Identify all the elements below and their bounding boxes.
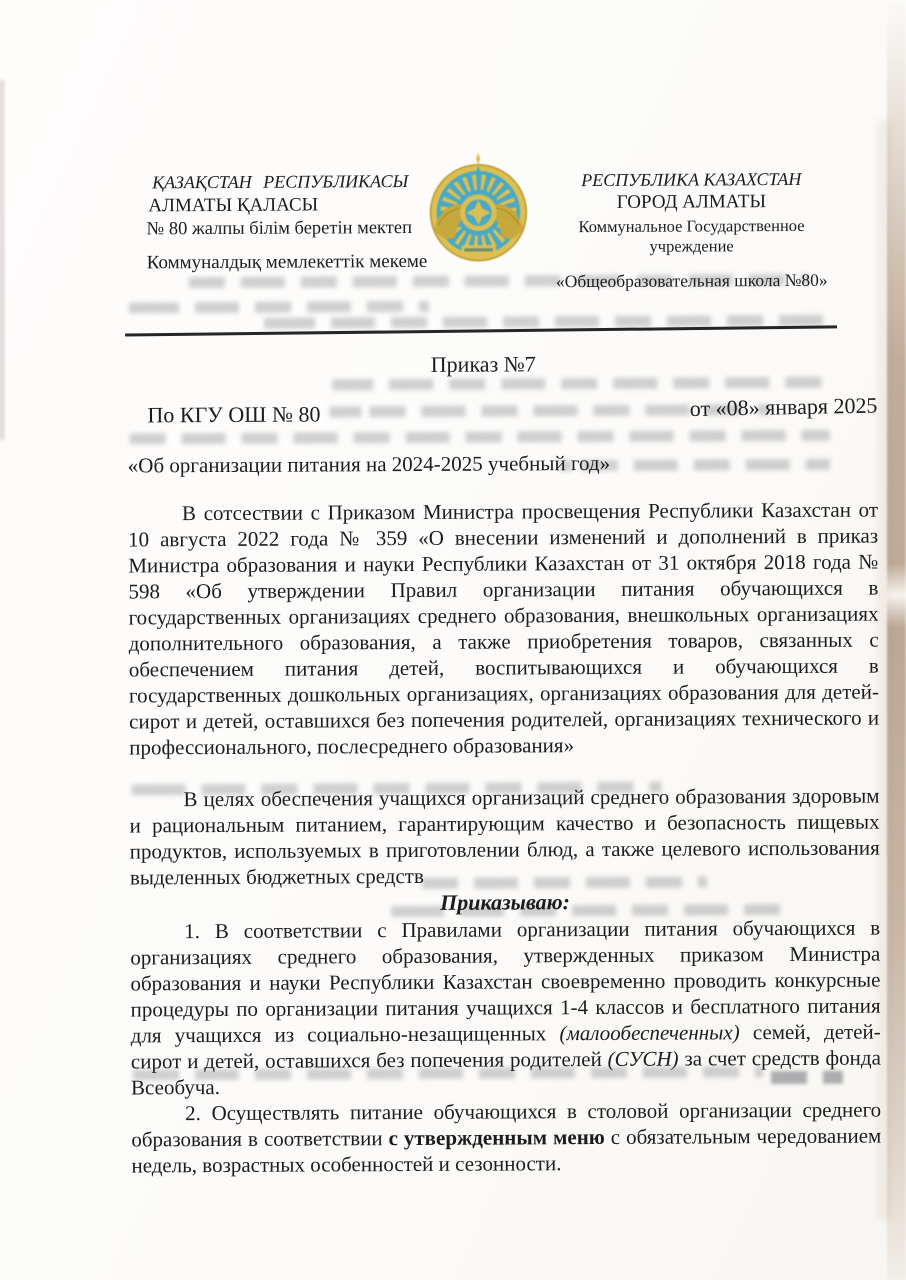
letterhead-kz-org-type: Коммуналдық мемлекеттік мекеме xyxy=(147,251,457,275)
item1-italic-abbr: (СУСН) xyxy=(608,1047,679,1071)
letterhead-ru-city: ГОРОД АЛМАТЫ xyxy=(548,191,834,214)
document-content: ҚАЗАҚСТАН РЕСПУБЛИКАСЫ АЛМАТЫ ҚАЛАСЫ № 8… xyxy=(0,0,906,1280)
order-issuer: По КГУ ОШ № 80 xyxy=(147,401,320,428)
letterhead-kz-country: ҚАЗАҚСТАН РЕСПУБЛИКАСЫ xyxy=(152,171,456,194)
order-date: от «08» января 2025 xyxy=(579,393,877,424)
order-item-2: 2. Осуществлять питание обучающихся в ст… xyxy=(131,1097,881,1179)
directive-heading: Приказываю: xyxy=(130,888,880,918)
order-subject: «Об организации питания на 2024-2025 уче… xyxy=(128,451,610,479)
letterhead-kz-city: АЛМАТЫ ҚАЛАСЫ xyxy=(148,194,456,218)
letterhead-ru-org-type: Коммунальное Государственное учреждение xyxy=(548,216,834,257)
item1-italic-note: (малообеспеченных) xyxy=(559,1020,739,1045)
scanned-order-page: ҚАЗАҚСТАН РЕСПУБЛИКАСЫ АЛМАТЫ ҚАЛАСЫ № 8… xyxy=(0,0,906,1280)
bleed-through-line xyxy=(329,377,834,391)
paragraph-legal-basis: В сотсествии с Приказом Министра просвещ… xyxy=(128,497,879,761)
letterhead-kz-school: № 80 жалпы білім беретін мектеп xyxy=(146,218,456,241)
item2-bold-phrase: с утвержденным меню xyxy=(388,1125,604,1150)
order-body: В сотсествии с Приказом Министра просвещ… xyxy=(128,497,882,1179)
kazakhstan-coat-of-arms-icon xyxy=(427,151,530,264)
order-title: Приказ №7 xyxy=(127,350,839,380)
letterhead-ru-country: РЕСПУБЛИКА КАЗАХСТАН xyxy=(548,169,834,191)
order-item-1: 1. В соответствии с Правилами организаци… xyxy=(130,915,881,1101)
letterhead-ru-school: «Общеобразовательная школа №80» xyxy=(549,270,835,292)
paragraph-purpose: В целях обеспечения учащихся организаций… xyxy=(129,783,880,891)
letterhead-kazakh: ҚАЗАҚСТАН РЕСПУБЛИКАСЫ АЛМАТЫ ҚАЛАСЫ № 8… xyxy=(146,171,457,275)
bleed-through-line xyxy=(129,301,429,314)
bleed-through-line xyxy=(130,430,830,445)
letterhead-russian: РЕСПУБЛИКА КАЗАХСТАН ГОРОД АЛМАТЫ Коммун… xyxy=(548,169,835,292)
